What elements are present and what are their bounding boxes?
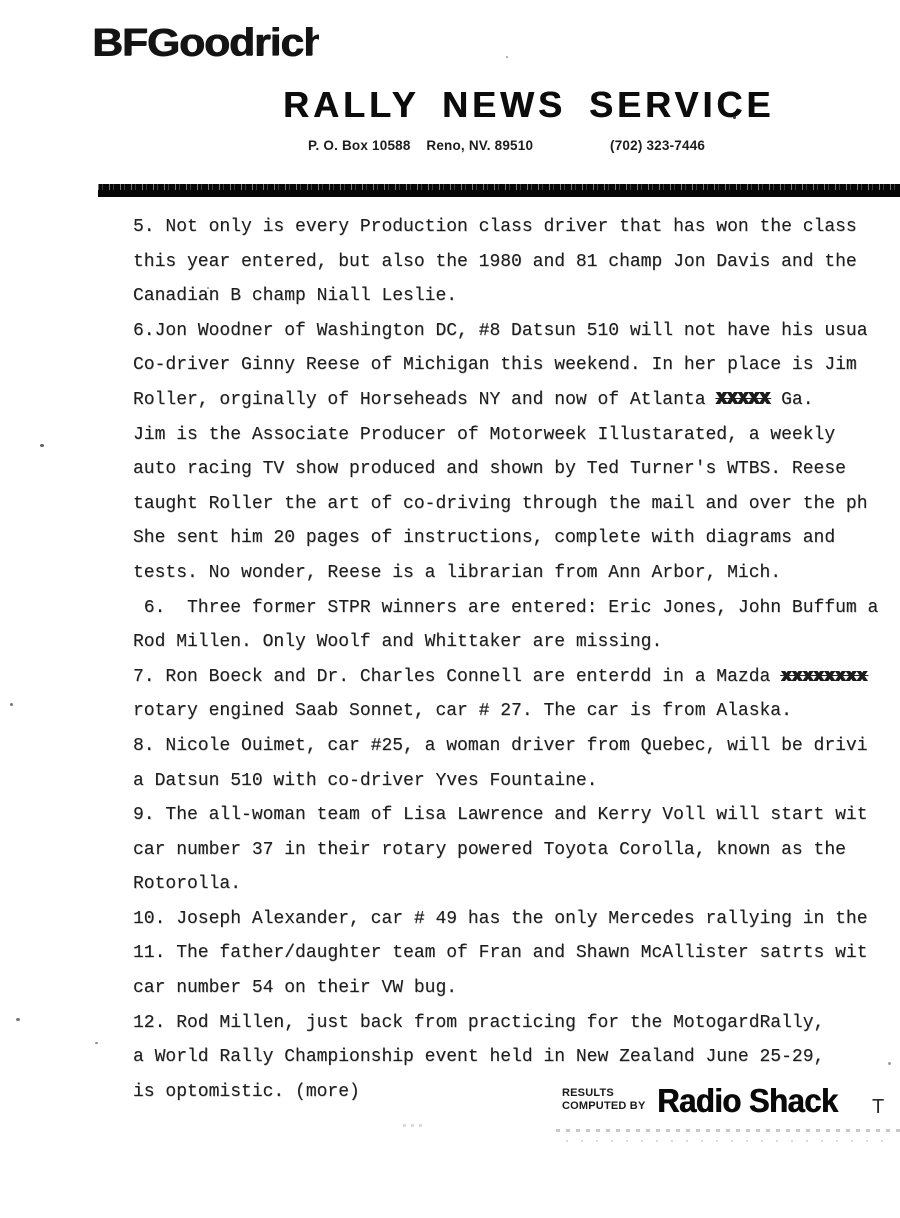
text-segment: Jim is the Associate Producer of Motorwe…	[133, 425, 835, 445]
text-line: a World Rally Championship event held in…	[133, 1040, 900, 1075]
address-text: P. O. Box 10588 Reno, NV. 89510	[308, 138, 533, 153]
text-line: Canadian B champ Niall Leslie.	[133, 279, 900, 314]
text-segment: 12. Rod Millen, just back from practicin…	[133, 1013, 824, 1033]
text-line: 9. The all-woman team of Lisa Lawrence a…	[133, 798, 900, 833]
text-line: Jim is the Associate Producer of Motorwe…	[133, 418, 900, 453]
text-line: Co-driver Ginny Reese of Michigan this w…	[133, 348, 900, 383]
text-segment: auto racing TV show produced and shown b…	[133, 459, 846, 479]
text-segment: Rod Millen. Only Woolf and Whittaker are…	[133, 632, 662, 652]
scan-speck	[40, 444, 44, 447]
text-line: this year entered, but also the 1980 and…	[133, 245, 900, 280]
scan-noise-line	[403, 1124, 425, 1127]
scan-noise-line	[556, 1129, 900, 1132]
text-segment: Rotorolla.	[133, 874, 241, 894]
text-segment: Canadian B champ Niall Leslie.	[133, 286, 457, 306]
text-line: Rod Millen. Only Woolf and Whittaker are…	[133, 625, 900, 660]
scan-speck	[10, 703, 13, 706]
text-segment: tests. No wonder, Reese is a librarian f…	[133, 563, 781, 583]
text-line: She sent him 20 pages of instructions, c…	[133, 521, 900, 556]
text-segment: 7. Ron Boeck and Dr. Charles Connell are…	[133, 667, 781, 687]
phone-number: (702) 323-7446	[610, 138, 705, 153]
text-segment: Co-driver Ginny Reese of Michigan this w…	[133, 355, 857, 375]
text-segment: rotary engined Saab Sonnet, car # 27. Th…	[133, 701, 792, 721]
text-segment: 11. The father/daughter team of Fran and…	[133, 943, 868, 963]
text-line: 12. Rod Millen, just back from practicin…	[133, 1006, 900, 1041]
scan-speck	[16, 1018, 20, 1021]
text-segment: She sent him 20 pages of instructions, c…	[133, 528, 835, 548]
document-text: 5. Not only is every Production class dr…	[133, 210, 900, 1109]
struck-out-text: xxxxxxxx	[781, 667, 867, 687]
divider-bar	[98, 184, 900, 197]
text-segment: Roller, orginally of Horseheads NY and n…	[133, 390, 716, 410]
text-segment: 5. Not only is every Production class dr…	[133, 217, 857, 237]
text-segment: a Datsun 510 with co-driver Yves Fountai…	[133, 771, 597, 791]
text-line: 5. Not only is every Production class dr…	[133, 210, 900, 245]
text-segment: a World Rally Championship event held in…	[133, 1047, 824, 1067]
text-line: rotary engined Saab Sonnet, car # 27. Th…	[133, 694, 900, 729]
text-segment: 9. The all-woman team of Lisa Lawrence a…	[133, 805, 868, 825]
text-segment: car number 54 on their VW bug.	[133, 978, 457, 998]
results-label-line1: RESULTS	[562, 1087, 645, 1100]
text-segment: 8. Nicole Ouimet, car #25, a woman drive…	[133, 736, 868, 756]
results-computed-by-label: RESULTS COMPUTED BY	[562, 1087, 645, 1112]
radio-shack-logo: Radio Shack	[657, 1082, 838, 1121]
text-segment: taught Roller the art of co-driving thro…	[133, 494, 868, 514]
bfgoodrich-logo: BFGoodrich	[92, 25, 319, 62]
text-line: 8. Nicole Ouimet, car #25, a woman drive…	[133, 729, 900, 764]
text-line: car number 37 in their rotary powered To…	[133, 833, 900, 868]
text-segment: car number 37 in their rotary powered To…	[133, 840, 846, 860]
text-line: car number 54 on their VW bug.	[133, 971, 900, 1006]
bfgoodrich-logo-text: BFGoodrich	[92, 25, 319, 59]
page-title: RALLY NEWS SERVICE	[283, 84, 774, 126]
text-segment: 6.Jon Woodner of Washington DC, #8 Datsu…	[133, 321, 868, 341]
results-label-line2: COMPUTED BY	[562, 1100, 645, 1113]
text-line: 6.Jon Woodner of Washington DC, #8 Datsu…	[133, 314, 900, 349]
struck-out-text: XXXXX	[716, 390, 770, 410]
text-segment: 10. Joseph Alexander, car # 49 has the o…	[133, 909, 868, 929]
text-line: 7. Ron Boeck and Dr. Charles Connell are…	[133, 660, 900, 695]
scan-speck	[888, 1062, 891, 1065]
text-line: 6. Three former STPR winners are entered…	[133, 591, 900, 626]
scan-speck	[733, 116, 736, 119]
text-line: 11. The father/daughter team of Fran and…	[133, 936, 900, 971]
text-segment: this year entered, but also the 1980 and…	[133, 252, 857, 272]
text-segment: Ga.	[770, 390, 813, 410]
text-line: taught Roller the art of co-driving thro…	[133, 487, 900, 522]
scan-speck	[95, 1042, 98, 1044]
text-line: 10. Joseph Alexander, car # 49 has the o…	[133, 902, 900, 937]
text-line: Roller, orginally of Horseheads NY and n…	[133, 383, 900, 418]
scanned-document-page: BFGoodrich RALLY NEWS SERVICE P. O. Box …	[0, 0, 900, 1218]
text-line: auto racing TV show produced and shown b…	[133, 452, 900, 487]
scan-speck	[506, 56, 508, 58]
text-line: tests. No wonder, Reese is a librarian f…	[133, 556, 900, 591]
scan-noise-line	[566, 1140, 892, 1142]
clipped-letter: T	[872, 1096, 884, 1119]
scan-speck	[207, 287, 209, 289]
text-segment: is optomistic. (more)	[133, 1082, 360, 1102]
text-segment: 6. Three former STPR winners are entered…	[133, 598, 878, 618]
text-line: a Datsun 510 with co-driver Yves Fountai…	[133, 764, 900, 799]
text-line: Rotorolla.	[133, 867, 900, 902]
